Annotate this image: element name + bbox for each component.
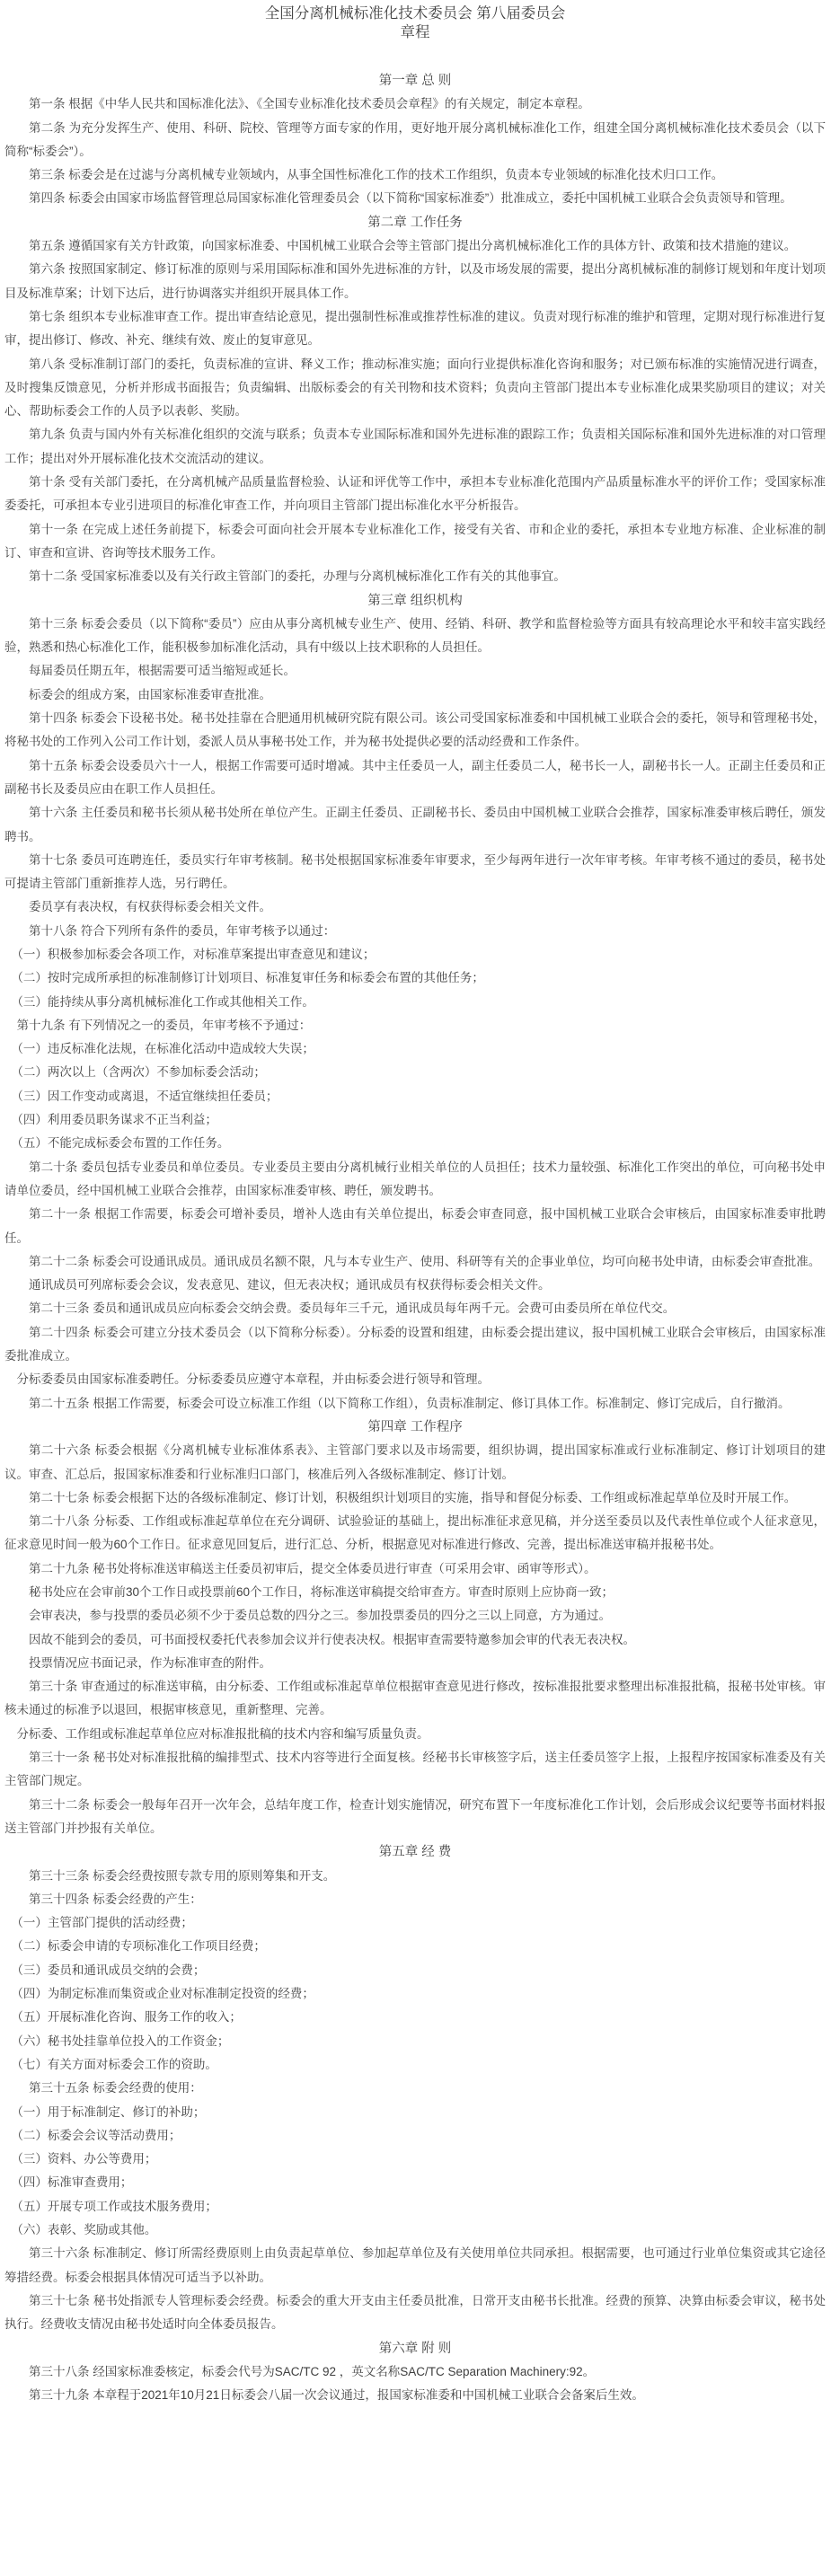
paragraph: 第八条 受标准制订部门的委托，负责标准的宣讲、释义工作；推动标准实施；面向行业提… <box>4 353 826 424</box>
list-item: （二）两次以上（含两次）不参加标委会活动； <box>4 1061 826 1084</box>
paragraph: 秘书处应在会审前30个工作日或投票前60个工作日，将标准送审稿提交给审查方。审查… <box>4 1581 826 1604</box>
list-item: （四）为制定标准而集资或企业对标准制定投资的经费； <box>4 1982 826 2006</box>
paragraph: 第十八条 符合下列所有条件的委员，年审考核予以通过： <box>4 920 826 943</box>
list-item: （一）主管部门提供的活动经费； <box>4 1911 826 1935</box>
paragraph: 第三十一条 秘书处对标准报批稿的编排型式、技术内容等进行全面复核。经秘书长审核签… <box>4 1746 826 1794</box>
paragraph: 第二十条 委员包括专业委员和单位委员。专业委员主要由分离机械行业相关单位的人员担… <box>4 1156 826 1204</box>
chapter-heading: 第一章 总 则 <box>4 69 826 93</box>
list-item: （二）标委会申请的专项标准化工作项目经费； <box>4 1935 826 1958</box>
paragraph: 第二条 为充分发挥生产、使用、科研、院校、管理等方面专家的作用，更好地开展分离机… <box>4 117 826 164</box>
chapter-heading: 第四章 工作程序 <box>4 1416 826 1439</box>
paragraph: 第十六条 主任委员和秘书长须从秘书处所在单位产生。正副主任委员、正副秘书长、委员… <box>4 801 826 849</box>
paragraph: 第二十一条 根据工作需要，标委会可增补委员，增补人选由有关单位提出，标委会审查同… <box>4 1203 826 1250</box>
paragraph: 第三十条 审查通过的标准送审稿，由分标委、工作组或标准起草单位根据审查意见进行修… <box>4 1675 826 1723</box>
chapter-heading: 第三章 组织机构 <box>4 589 826 613</box>
list-item: （一）违反标准化法规，在标准化活动中造成较大失误； <box>4 1037 826 1061</box>
list-item: （五）不能完成标委会布置的工作任务。 <box>4 1132 826 1155</box>
paragraph: 第三十六条 标准制定、修订所需经费原则上由负责起草单位、参加起草单位及有关使用单… <box>4 2242 826 2289</box>
paragraph: 第三十三条 标委会经费按照专款专用的原则筹集和开支。 <box>4 1865 826 1888</box>
list-item: （四）利用委员职务谋求不正当利益； <box>4 1108 826 1132</box>
paragraph: 第十四条 标委会下设秘书处。秘书处挂靠在合肥通用机械研究院有限公司。该公司受国家… <box>4 707 826 754</box>
paragraph: 委员享有表决权，有权获得标委会相关文件。 <box>4 895 826 919</box>
list-item: （七）有关方面对标委会工作的资助。 <box>4 2053 826 2077</box>
document-title-line1: 全国分离机械标准化技术委员会 第八届委员会 <box>4 4 826 23</box>
list-item: （三）能持续从事分离机械标准化工作或其他相关工作。 <box>4 991 826 1014</box>
paragraph: 第三十八条 经国家标准委核定，标委会代号为SAC/TC 92 ，英文名称SAC/… <box>4 2360 826 2384</box>
document-body: 第一章 总 则第一条 根据《中华人民共和国标准化法》、《全国专业标准化技术委员会… <box>4 69 826 2407</box>
paragraph: 第二十九条 秘书处将标准送审稿送主任委员初审后，提交全体委员进行审查（可采用会审… <box>4 1557 826 1581</box>
chapter-heading: 第二章 工作任务 <box>4 211 826 234</box>
list-item: （五）开展标准化咨询、服务工作的收入； <box>4 2006 826 2029</box>
paragraph: 第二十四条 标委会可建立分技术委员会（以下简称分标委）。分标委的设置和组建，由标… <box>4 1321 826 1369</box>
paragraph: 通讯成员可列席标委会会议，发表意见、建议，但无表决权；通讯成员有权获得标委会相关… <box>4 1274 826 1297</box>
chapter-heading: 第六章 附 则 <box>4 2337 826 2360</box>
paragraph: 会审表决，参与投票的委员必须不少于委员总数的四分之三。参加投票委员的四分之三以上… <box>4 1604 826 1628</box>
paragraph: 第二十二条 标委会可设通讯成员。通讯成员名额不限，凡与本专业生产、使用、科研等有… <box>4 1250 826 1274</box>
paragraph: 第十九条 有下列情况之一的委员，年审考核不予通过： <box>4 1014 826 1037</box>
paragraph: 第二十五条 根据工作需要，标委会可设立标准工作组（以下简称工作组），负责标准制定… <box>4 1392 826 1416</box>
paragraph: 第四条 标委会由国家市场监督管理总局国家标准化管理委员会（以下简称“国家标准委”… <box>4 187 826 210</box>
paragraph: 第十七条 委员可连聘连任，委员实行年审考核制。秘书处根据国家标准委年审要求，至少… <box>4 849 826 896</box>
paragraph: 第十三条 标委会委员（以下简称“委员”）应由从事分离机械专业生产、使用、经销、科… <box>4 613 826 660</box>
charter-document: 全国分离机械标准化技术委员会 第八届委员会 章程 第一章 总 则第一条 根据《中… <box>0 0 831 2407</box>
paragraph: 第三条 标委会是在过滤与分离机械专业领域内，从事全国性标准化工作的技术工作组织，… <box>4 163 826 187</box>
paragraph: 第二十三条 委员和通讯成员应向标委会交纳会费。委员每年三千元，通讯成员每年两千元… <box>4 1297 826 1320</box>
paragraph: 每届委员任期五年，根据需要可适当缩短或延长。 <box>4 659 826 683</box>
list-item: （六）秘书处挂靠单位投入的工作资金； <box>4 2030 826 2053</box>
paragraph: 分标委、工作组或标准起草单位应对标准报批稿的技术内容和编写质量负责。 <box>4 1723 826 1746</box>
paragraph: 第十五条 标委会设委员六十一人，根据工作需要可适时增减。其中主任委员一人，副主任… <box>4 754 826 802</box>
chapter-heading: 第五章 经 费 <box>4 1840 826 1864</box>
list-item: （五）开展专项工作或技术服务费用； <box>4 2195 826 2219</box>
paragraph: 第六条 按照国家制定、修订标准的原则与采用国际标准和国外先进标准的方针，以及市场… <box>4 258 826 305</box>
paragraph: 第一条 根据《中华人民共和国标准化法》、《全国专业标准化技术委员会章程》的有关规… <box>4 93 826 116</box>
paragraph: 第三十二条 标委会一般每年召开一次年会，总结年度工作，检查计划实施情况，研究布置… <box>4 1794 826 1841</box>
paragraph: 因故不能到会的委员，可书面授权委托代表参加会议并行使表决权。根据审查需要特邀参加… <box>4 1628 826 1652</box>
paragraph: 第二十八条 分标委、工作组或标准起草单位在充分调研、试验验证的基础上，提出标准征… <box>4 1510 826 1557</box>
list-item: （三）资料、办公等费用； <box>4 2148 826 2171</box>
document-title-line2: 章程 <box>4 23 826 42</box>
list-item: （三）因工作变动或离退，不适宜继续担任委员； <box>4 1085 826 1108</box>
paragraph: 分标委委员由国家标准委聘任。分标委委员应遵守本章程，并由标委会进行领导和管理。 <box>4 1368 826 1391</box>
paragraph: 第三十七条 秘书处指派专人管理标委会经费。标委会的重大开支由主任委员批准，日常开… <box>4 2289 826 2337</box>
list-item: （二）按时完成所承担的标准制修订计划项目、标准复审任务和标委会布置的其他任务； <box>4 966 826 990</box>
paragraph: 第二十六条 标委会根据《分离机械专业标准体系表》、主管部门要求以及市场需要，组织… <box>4 1439 826 1486</box>
paragraph: 第三十四条 标委会经费的产生： <box>4 1888 826 1911</box>
document-title: 全国分离机械标准化技术委员会 第八届委员会 章程 <box>4 4 826 42</box>
list-item: （一）用于标准制定、修订的补助； <box>4 2101 826 2124</box>
paragraph: 第九条 负责与国内外有关标准化组织的交流与联系；负责本专业国际标准和国外先进标准… <box>4 423 826 471</box>
paragraph: 标委会的组成方案，由国家标准委审查批准。 <box>4 684 826 707</box>
paragraph: 第七条 组织本专业标准审查工作。提出审查结论意见，提出强制性标准或推荐性标准的建… <box>4 305 826 353</box>
paragraph: 第五条 遵循国家有关方针政策，向国家标准委、中国机械工业联合会等主管部门提出分离… <box>4 234 826 258</box>
paragraph: 第十一条 在完成上述任务前提下，标委会可面向社会开展本专业标准化工作，接受有关省… <box>4 518 826 566</box>
list-item: （三）委员和通讯成员交纳的会费； <box>4 1959 826 1982</box>
list-item: （四）标准审查费用； <box>4 2171 826 2194</box>
paragraph: 投票情况应书面记录，作为标准审查的附件。 <box>4 1652 826 1675</box>
paragraph: 第三十五条 标委会经费的使用： <box>4 2077 826 2100</box>
paragraph: 第二十七条 标委会根据下达的各级标准制定、修订计划，积极组织计划项目的实施，指导… <box>4 1486 826 1510</box>
list-item: （六）表彰、奖励或其他。 <box>4 2219 826 2242</box>
paragraph: 第三十九条 本章程于2021年10月21日标委会八届一次会议通过，报国家标准委和… <box>4 2384 826 2407</box>
paragraph: 第十条 受有关部门委托，在分离机械产品质量监督检验、认证和评优等工作中，承担本专… <box>4 471 826 518</box>
paragraph: 第十二条 受国家标准委以及有关行政主管部门的委托，办理与分离机械标准化工作有关的… <box>4 565 826 588</box>
list-item: （一）积极参加标委会各项工作，对标准草案提出审查意见和建议； <box>4 943 826 966</box>
list-item: （二）标委会会议等活动费用； <box>4 2124 826 2148</box>
